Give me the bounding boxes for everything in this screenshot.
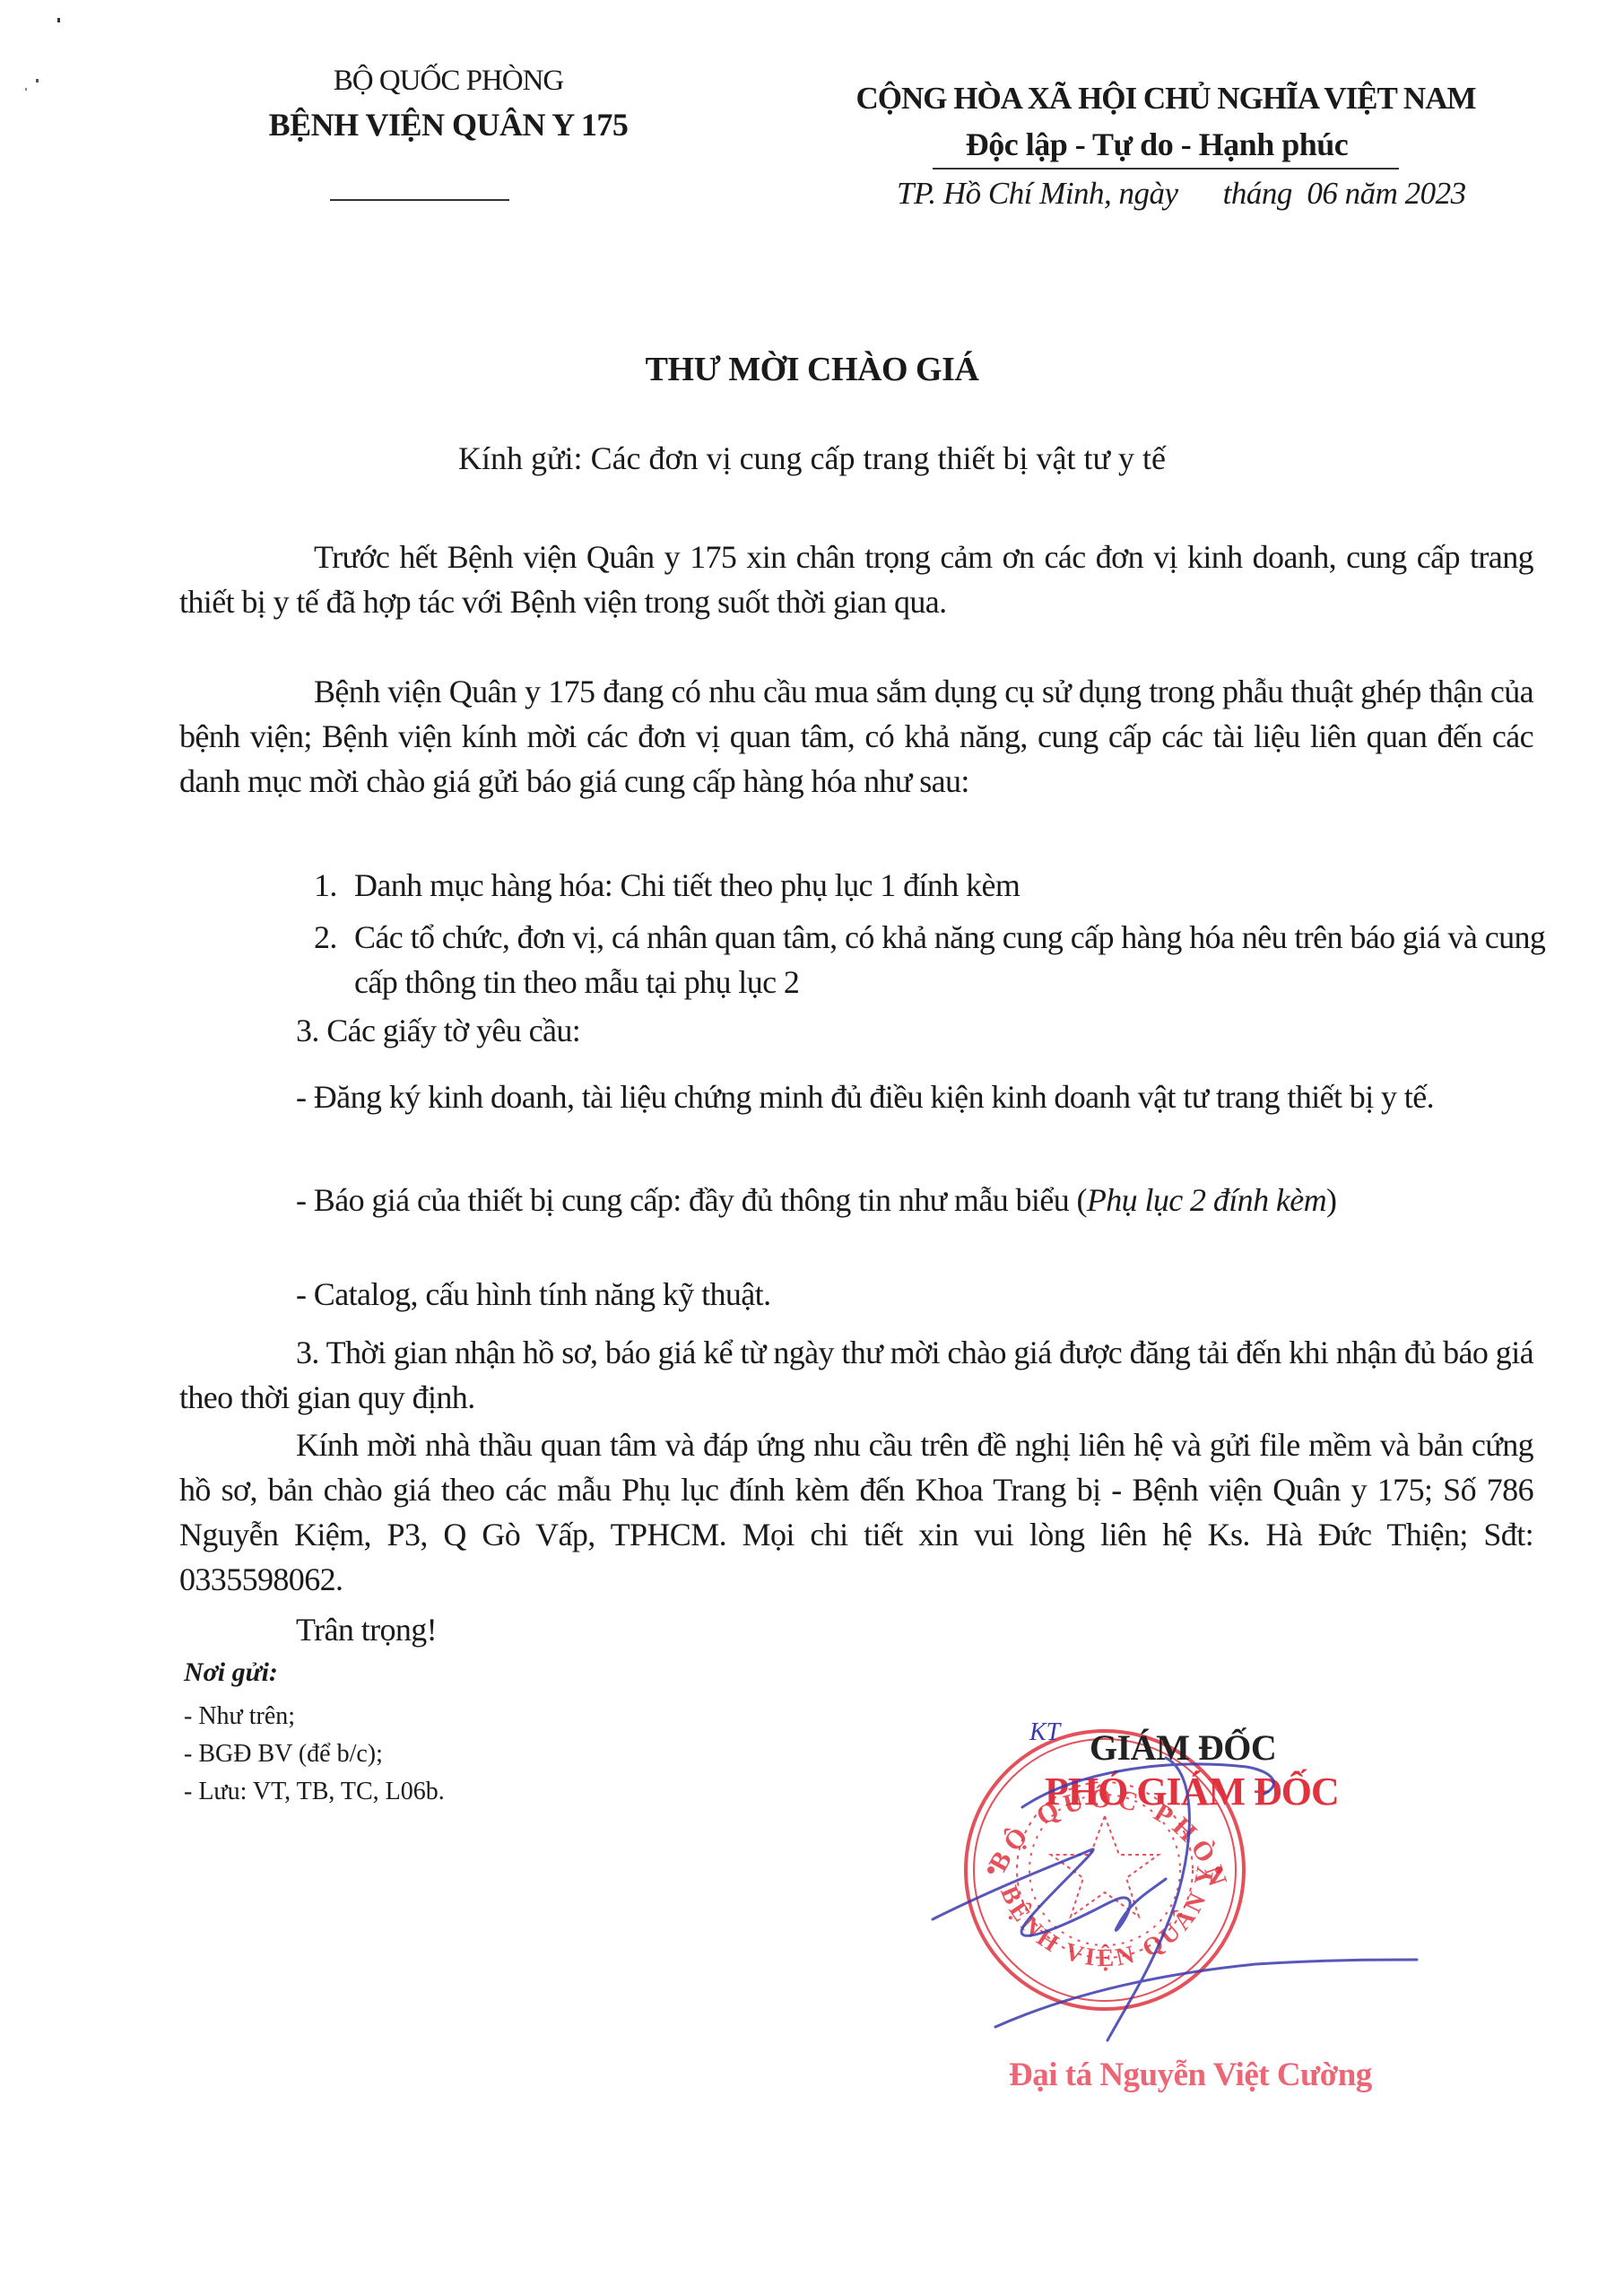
date-line: TP. Hồ Chí Minh, ngàytháng 06 năm 2023	[897, 176, 1466, 212]
list-item: 1.Danh mục hàng hóa: Chi tiết theo phụ l…	[314, 863, 1020, 908]
star-emblem-icon	[1051, 1816, 1159, 1917]
paragraph-request: Bệnh viện Quân y 175 đang có nhu cầu mua…	[179, 669, 1533, 804]
requirement-quotation: - Báo giá của thiết bị cung cấp: đầy đủ …	[179, 1178, 1533, 1222]
recipients-heading: Nơi gửi:	[184, 1657, 278, 1688]
list-item-number: 2.	[314, 915, 354, 960]
official-seal: BỘ QUỐC PHÒNG BỆNH VIỆN QUÂN Y 175	[0, 0, 1624, 2296]
handwritten-kt: KT	[1029, 1718, 1060, 1747]
national-motto: Độc lập - Tự do - Hạnh phúc	[906, 126, 1408, 163]
recipient-line: Kính gửi: Các đơn vị cung cấp trang thiế…	[0, 439, 1624, 477]
date-place: TP. Hồ Chí Minh, ngày	[897, 176, 1178, 211]
ministry-name: BỘ QUỐC PHÒNG	[224, 65, 673, 98]
requirement-business-license: - Đăng ký kinh doanh, tài liệu chứng min…	[179, 1074, 1533, 1119]
handwritten-signature	[0, 0, 1624, 2296]
paragraph-deadline: 3. Thời gian nhận hồ sơ, báo giá kể từ n…	[179, 1330, 1533, 1420]
recipient-item: - Như trên;	[184, 1702, 295, 1731]
signer-name: Đại tá Nguyễn Việt Cường	[1009, 2056, 1372, 2094]
requirement-catalog: - Catalog, cấu hình tính năng kỹ thuật.	[179, 1272, 1533, 1317]
date-month-year: tháng 06 năm 2023	[1223, 176, 1466, 211]
stamp-title: PHÓ GIÁM ĐỐC	[1045, 1769, 1339, 1814]
paragraph-contact: Kính mời nhà thầu quan tâm và đáp ứng nh…	[179, 1422, 1533, 1602]
requirements-heading: 3. Các giấy tờ yêu cầu:	[296, 1008, 580, 1053]
requirement-quotation-text: - Báo giá của thiết bị cung cấp: đầy đủ …	[296, 1182, 1087, 1218]
header-right-rule	[933, 168, 1399, 170]
appendix-reference: Phụ lục 2 đính kèm	[1087, 1182, 1326, 1218]
signer-title: GIÁM ĐỐC	[1090, 1726, 1276, 1769]
list-item-text: Danh mục hàng hóa: Chi tiết theo phụ lục…	[354, 867, 1020, 903]
list-item: 2.Các tổ chức, đơn vị, cá nhân quan tâm,…	[314, 915, 1574, 1004]
paragraph-intro: Trước hết Bệnh viện Quân y 175 xin chân …	[179, 535, 1533, 624]
closing-phrase: Trân trọng!	[179, 1607, 1533, 1652]
list-item-number: 1.	[314, 863, 354, 908]
header-left-rule	[330, 199, 509, 201]
recipient-item: - Lưu: VT, TB, TC, L06b.	[184, 1778, 445, 1806]
list-item-text: Các tổ chức, đơn vị, cá nhân quan tâm, c…	[354, 919, 1545, 1000]
requirement-quotation-close: )	[1326, 1182, 1336, 1218]
republic-name: CỘNG HÒA XÃ HỘI CHỦ NGHĨA VIỆT NAM	[825, 81, 1507, 117]
recipient-item: - BGĐ BV (để b/c);	[184, 1740, 383, 1769]
hospital-name: BỆNH VIỆN QUÂN Y 175	[206, 106, 690, 143]
document-title: THƯ MỜI CHÀO GIÁ	[0, 350, 1624, 389]
